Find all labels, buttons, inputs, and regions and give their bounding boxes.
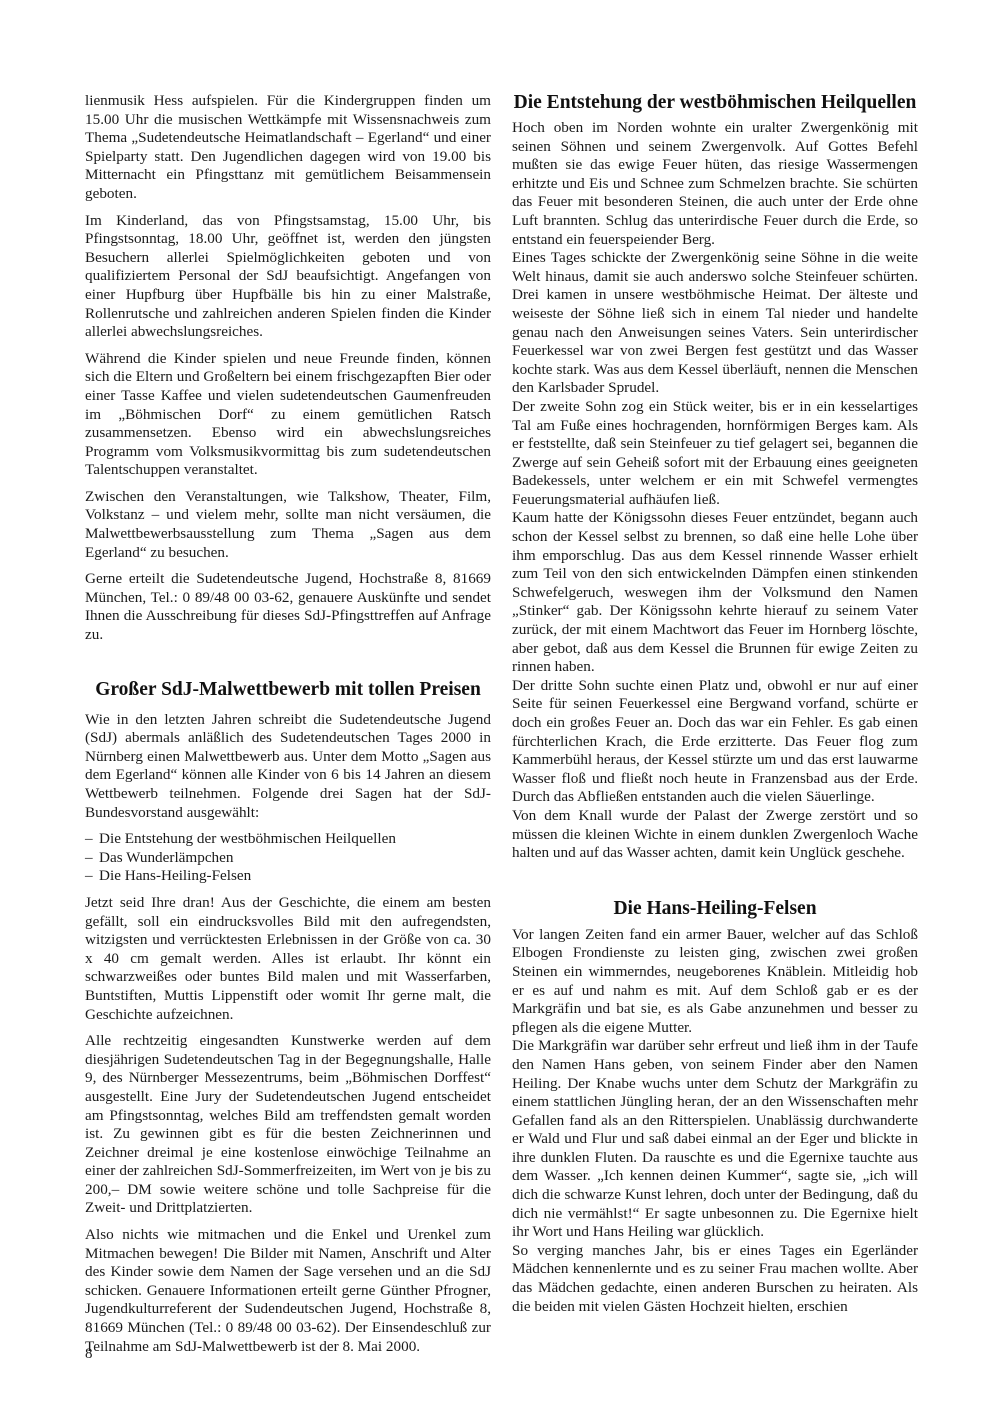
- list-item: Das Wunderlämpchen: [85, 849, 491, 868]
- paragraph: Die Markgräfin war darüber sehr erfreut …: [512, 1037, 918, 1242]
- section-heading-malwettbewerb: Großer SdJ-Malwettbewerb mit tollen Prei…: [85, 679, 491, 701]
- paragraph: Wie in den letzten Jahren schreibt die S…: [85, 711, 491, 823]
- paragraph: Hoch oben im Norden wohnte ein uralter Z…: [512, 119, 918, 249]
- sagen-list: Die Entstehung der westböhmischen Heilqu…: [85, 830, 491, 886]
- paragraph: Während die Kinder spielen und neue Freu…: [85, 350, 491, 480]
- paragraph: Zwischen den Veranstaltungen, wie Talksh…: [85, 488, 491, 562]
- paragraph: Im Kinderland, das von Pfingstsamstag, 1…: [85, 212, 491, 342]
- paragraph: Der dritte Sohn suchte einen Platz und, …: [512, 677, 918, 807]
- page-number: 8: [85, 1346, 93, 1363]
- paragraph: Gerne erteilt die Sudetendeutsche Jugend…: [85, 570, 491, 644]
- paragraph: Eines Tages schickte der Zwergenkönig se…: [512, 249, 918, 398]
- paragraph: Vor langen Zeiten fand ein armer Bauer, …: [512, 926, 918, 1038]
- paragraph: Alle rechtzeitig eingesandten Kunstwerke…: [85, 1032, 491, 1218]
- story-heading-heilquellen: Die Entstehung der westböhmischen Heilqu…: [512, 92, 918, 114]
- paragraph: Von dem Knall wurde der Palast der Zwerg…: [512, 807, 918, 863]
- left-column: lienmusik Hess aufspielen. Für die Kinde…: [85, 92, 491, 1364]
- paragraph: Der zweite Sohn zog ein Stück weiter, bi…: [512, 398, 918, 510]
- right-column: Die Entstehung der westböhmischen Heilqu…: [512, 92, 918, 1316]
- paragraph: Also nichts wie mitmachen und die Enkel …: [85, 1226, 491, 1356]
- paragraph: Kaum hatte der Königssohn dieses Feuer e…: [512, 509, 918, 676]
- story-heading-hans-heiling: Die Hans-Heiling-Felsen: [512, 898, 918, 920]
- list-item: Die Hans-Heiling-Felsen: [85, 867, 491, 886]
- paragraph: Jetzt seid Ihre dran! Aus der Geschichte…: [85, 894, 491, 1024]
- paragraph: lienmusik Hess aufspielen. Für die Kinde…: [85, 92, 491, 204]
- list-item: Die Entstehung der westböhmischen Heilqu…: [85, 830, 491, 849]
- paragraph: So verging manches Jahr, bis er eines Ta…: [512, 1242, 918, 1316]
